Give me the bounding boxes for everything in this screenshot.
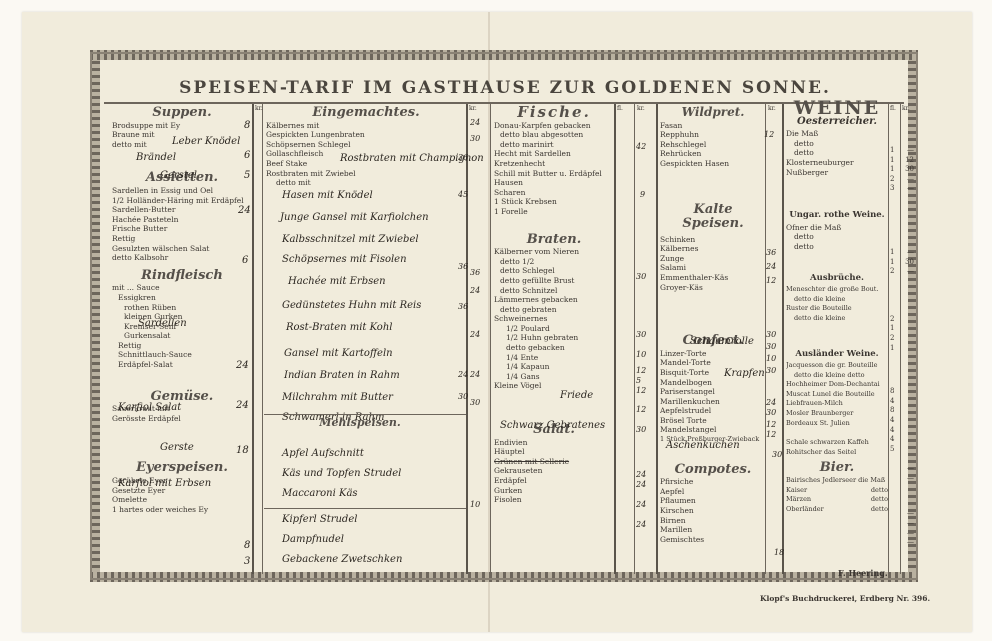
- column-eingemachtes: Eingemachtes. Kälbernes mit Gespickten L…: [266, 106, 466, 188]
- beer-item: Märzendetto: [786, 495, 888, 505]
- price-fl: 4: [890, 397, 894, 407]
- price-fl: 1: [890, 248, 894, 258]
- price: 24: [636, 520, 646, 529]
- menu-item: detto gebacken: [494, 343, 614, 353]
- handwritten-entry: Käs und Topfen Strudel: [282, 468, 401, 479]
- price: 12: [766, 276, 776, 285]
- handwritten-entry: Krapfen: [724, 368, 765, 379]
- price: 18: [236, 445, 249, 456]
- price-fl: 2: [890, 334, 894, 344]
- price: 30: [458, 392, 468, 401]
- menu-item: detto Kalbsohr: [112, 253, 252, 263]
- menu-item: Kleine Vögel: [494, 381, 614, 391]
- price-fl: 2: [890, 267, 894, 277]
- menu-item: Schweinernes: [494, 314, 614, 324]
- ausbrueche-heading: Ausbrüche.: [786, 274, 888, 284]
- beer-name: Kaiser: [786, 486, 807, 496]
- price: 24: [238, 205, 251, 216]
- wine-item: Ofner die Maß: [786, 223, 888, 233]
- auslaender-heading: Ausländer Weine.: [786, 350, 888, 360]
- price-fl: 1: [890, 344, 894, 354]
- menu-item: Sardellen-Butter: [112, 205, 252, 215]
- menu-item: Hachée Pasteteln: [112, 215, 252, 225]
- price-fl: 3: [890, 184, 894, 194]
- menu-item: Hecht mit Sardellen: [494, 149, 614, 159]
- menu-item: 1 hartes oder weiches Ey: [112, 505, 252, 515]
- price: 45: [458, 190, 468, 199]
- price: 24: [636, 500, 646, 509]
- handwritten-entry: Junge Gansel mit Karfiolchen: [280, 212, 429, 223]
- menu-item: Gespickten Hasen: [660, 159, 766, 169]
- handwritten-entry: Friede: [560, 390, 593, 401]
- menu-item: Pfirsiche: [660, 477, 766, 487]
- page-title: SPEISEN-TARIF IM GASTHAUSE ZUR GOLDENEN …: [130, 78, 880, 98]
- menu-item: Emmenthaler-Käs: [660, 273, 766, 283]
- menu-item: Salami: [660, 263, 766, 273]
- handwritten-entry: Apfel Aufschnitt: [282, 448, 364, 459]
- kr-label: kr.: [637, 105, 645, 112]
- wine-item: detto die kleine detto: [786, 371, 888, 381]
- price: 30: [772, 450, 782, 459]
- price-kr: —: [907, 146, 914, 156]
- handwritten-entry: Maccaroni Käs: [282, 488, 358, 499]
- price: 9: [640, 190, 645, 199]
- price: 36: [458, 153, 468, 162]
- wine-item: Muscat Lunel die Bouteille: [786, 390, 888, 400]
- price-fl: 8: [890, 387, 894, 397]
- menu-item: Fisolen: [494, 495, 614, 505]
- handwritten-entry: Rost-Braten mit Kohl: [286, 322, 392, 333]
- menu-item: Sardellen in Essig und Oel: [112, 186, 252, 196]
- beer-name: Märzen: [786, 495, 811, 505]
- wine-item: Klosterneuburger: [786, 158, 888, 168]
- handwritten-entry: Hasen mit Knödel: [282, 190, 373, 201]
- oesterreicher-heading: Oesterreicher.: [786, 117, 888, 127]
- price: 36: [766, 248, 776, 257]
- menu-item: Essigkren: [112, 293, 252, 303]
- braten-heading: Braten.: [494, 235, 614, 245]
- handwritten-entry: Aschenkuchen: [666, 440, 740, 451]
- menu-item: Erdäpfel: [494, 476, 614, 486]
- price: 30: [766, 342, 776, 351]
- beer-item: Bairisches Jedlerseer die Maß: [786, 476, 888, 486]
- menu-item: Gerösste Erdäpfel: [112, 414, 252, 424]
- price: 30: [636, 425, 646, 434]
- menu-item: Brösel Torte: [660, 416, 766, 426]
- menu-item: Omelette: [112, 495, 252, 505]
- price: 24: [766, 398, 776, 407]
- price: 24: [636, 470, 646, 479]
- menu-item: 1/2 Poulard: [494, 324, 614, 334]
- wine-item: Ruster die Bouteille: [786, 304, 888, 314]
- handwritten-entry: Gebackene Zwetschken: [282, 554, 402, 565]
- mehlspeisen-heading: Mehlspeisen.: [300, 416, 420, 429]
- price-kr: —: [907, 175, 914, 185]
- price: 24: [636, 480, 646, 489]
- menu-item: detto 1/2: [494, 257, 614, 267]
- title-rule: [104, 102, 904, 104]
- menu-item: Hausen: [494, 178, 614, 188]
- price-kr: —: [907, 538, 914, 548]
- menu-item: Groyer-Käs: [660, 283, 766, 293]
- kr-label: kr.: [469, 105, 477, 112]
- price-kr: —: [907, 509, 914, 519]
- menu-item: Gurken: [494, 486, 614, 496]
- column-divider: [262, 104, 263, 574]
- price: 3: [244, 556, 250, 567]
- menu-item: Schöpsernen Schlegel: [266, 140, 466, 150]
- column-divider: [782, 104, 784, 574]
- price: 6: [244, 150, 250, 161]
- menu-item: Schill mit Butter u. Erdäpfel: [494, 169, 614, 179]
- price: 10: [766, 354, 776, 363]
- handwritten-entry: Brändel: [136, 152, 176, 163]
- wine-item: Bordeaux St. Julien: [786, 419, 888, 429]
- menu-item: Rehschlegel: [660, 140, 766, 150]
- menu-item: Marillen: [660, 525, 766, 535]
- wine-item: Nußberger: [786, 168, 888, 178]
- menu-item: Fasan: [660, 121, 766, 131]
- menu-item: detto blau abgesotten: [494, 130, 614, 140]
- price-fl: 8: [890, 406, 894, 416]
- handwritten-entry: Gansel mit Kartoffeln: [284, 348, 393, 359]
- handwritten-entry: Gedünstetes Huhn mit Reis: [282, 300, 421, 311]
- price: 24: [236, 360, 249, 371]
- menu-item: Gemischtes: [660, 535, 766, 545]
- menu-item: Rettig: [112, 341, 252, 351]
- menu-item: Rostbraten mit Zwiebel: [266, 169, 466, 179]
- price: 30: [766, 366, 776, 375]
- wine-item: detto die kleine: [786, 314, 888, 324]
- price-fl: 1: [890, 165, 894, 175]
- beer-unit: detto: [871, 486, 888, 496]
- menu-item: Rehrücken: [660, 149, 766, 159]
- wine-item: Liebfrauen-Milch: [786, 399, 888, 409]
- price: 24: [766, 262, 776, 271]
- price: 36: [458, 302, 468, 311]
- column-wildpret-confect: Wildpret. Fasan Repphuhn Rehschlegel Reh…: [660, 106, 766, 544]
- price: 24: [236, 400, 249, 411]
- menu-item: detto Schlegel: [494, 266, 614, 276]
- price: 30: [636, 330, 646, 339]
- menu-item: Endivien: [494, 438, 614, 448]
- section-rule: [264, 414, 466, 415]
- price-kr: —: [907, 519, 914, 529]
- price-fl: 1: [890, 258, 894, 268]
- menu-item: Lämmernes gebacken: [494, 295, 614, 305]
- column-weine-bier: WEINE Oesterreicher. Die Maß detto detto…: [786, 104, 888, 514]
- menu-item: Zunge: [660, 254, 766, 264]
- menu-item: 1/4 Kapaun: [494, 362, 614, 372]
- price-kr: —: [907, 464, 914, 474]
- handwritten-entry: Gerstel: [160, 170, 197, 181]
- signature: F. Heering.: [838, 568, 888, 578]
- price-kr: —: [907, 248, 914, 258]
- beer-item: Kaiserdetto: [786, 486, 888, 496]
- menu-item: Frische Butter: [112, 224, 252, 234]
- handwritten-entry: Karfiol mit Erbsen: [118, 478, 211, 489]
- price: 12: [766, 420, 776, 429]
- bier-heading: Bier.: [786, 463, 888, 473]
- wine-item: detto die kleine: [786, 295, 888, 305]
- price-fl: 4: [890, 416, 894, 426]
- price: 5: [636, 376, 641, 385]
- column-divider: [888, 104, 889, 574]
- column-divider: [656, 104, 658, 574]
- handwritten-entry: Karfiol Salat: [118, 402, 181, 413]
- wine-price-column: 1— 112 130 2— 3— 1— 130 2— 2 1 2 1 8 4 8…: [890, 146, 914, 548]
- menu-item: Repphuhn: [660, 130, 766, 140]
- column-divider: [634, 104, 635, 574]
- price: 24: [470, 330, 480, 339]
- price: 8: [244, 540, 250, 551]
- price: 30: [470, 134, 480, 143]
- beer-unit: detto: [871, 505, 888, 515]
- wildpret-heading: Wildpret.: [660, 108, 766, 118]
- wine-item: Mosler Braunberger: [786, 409, 888, 419]
- handwritten-entry: Kipferl Strudel: [282, 514, 357, 525]
- menu-item: mit ... Sauce: [112, 283, 252, 293]
- menu-item: Marillenkuchen: [660, 397, 766, 407]
- wine-item: Jacquesson die gr. Bouteille: [786, 361, 888, 371]
- kr-label: kr.: [255, 105, 263, 112]
- menu-item: Gespickten Lungenbraten: [266, 130, 466, 140]
- coffee-item: Schale schwarzen Kaffeh: [786, 438, 888, 448]
- price: 24: [470, 370, 480, 379]
- wine-item: detto: [786, 148, 888, 158]
- weine-heading: WEINE: [786, 104, 888, 114]
- handwritten-entry: Hachée mit Erbsen: [288, 276, 386, 287]
- price: 36: [458, 262, 468, 271]
- price: 5: [244, 170, 250, 181]
- wine-item: Meneschter die große Bout.: [786, 285, 888, 295]
- price: 30: [470, 398, 480, 407]
- menu-item: Birnen: [660, 516, 766, 526]
- price-kr: —: [907, 184, 914, 194]
- price: 12: [764, 130, 774, 139]
- price: 12: [636, 405, 646, 414]
- menu-item: Brodsuppe mit Ey: [112, 121, 252, 131]
- menu-item: 1 Stück Krebsen: [494, 197, 614, 207]
- printer-imprint: Klopf's Buchdruckerei, Erdberg Nr. 396.: [760, 594, 930, 603]
- gemuese-heading: Gemüse.: [112, 392, 252, 402]
- price-kr: 12: [905, 156, 914, 166]
- menu-item: Gekrauseten: [494, 466, 614, 476]
- beer-item: Oberländerdetto: [786, 505, 888, 515]
- menu-item: 1/4 Gans: [494, 372, 614, 382]
- handwritten-entry: Gerste: [160, 442, 194, 453]
- eyerspeisen-heading: Eyerspeisen.: [112, 463, 252, 473]
- wine-item: detto: [786, 139, 888, 149]
- price-fl: 1: [890, 324, 894, 334]
- menu-item: Kälberner vom Nieren: [494, 247, 614, 257]
- price: 24: [458, 370, 468, 379]
- handwritten-entry: Schwarz Gebratenes: [500, 420, 605, 431]
- price-kr: 30: [905, 165, 914, 175]
- menu-item: Mandelstangel: [660, 425, 766, 435]
- price-fl: 4: [890, 435, 894, 445]
- price-fl: 4: [890, 426, 894, 436]
- price: 30: [636, 272, 646, 281]
- menu-item: detto Schnitzel: [494, 286, 614, 296]
- menu-item: Pflaumen: [660, 496, 766, 506]
- handwritten-entry: Dampfnudel: [282, 534, 344, 545]
- column-fische-braten-salat: Fische. Donau-Karpfen gebacken detto bla…: [494, 106, 614, 505]
- price: 42: [636, 142, 646, 151]
- menu-item: detto marinirt: [494, 140, 614, 150]
- column-divider: [614, 104, 616, 574]
- wine-item: Die Maß: [786, 129, 888, 139]
- suppen-heading: Suppen.: [112, 108, 252, 118]
- menu-item: Kälbernes: [660, 244, 766, 254]
- menu-item: Donau-Karpfen gebacken: [494, 121, 614, 131]
- menu-item: Häuptel: [494, 447, 614, 457]
- wine-item: detto: [786, 242, 888, 252]
- handwritten-entry: Sardellen: [138, 318, 187, 329]
- menu-item: Linzer-Torte: [660, 349, 766, 359]
- column-divider: [252, 104, 254, 574]
- beer-unit: detto: [871, 495, 888, 505]
- price: 12: [636, 386, 646, 395]
- column-divider: [466, 104, 468, 574]
- price-kr: —: [907, 474, 914, 484]
- kr-label: kr.: [902, 105, 910, 112]
- kr-label: kr.: [768, 105, 776, 112]
- price: 6: [242, 255, 248, 266]
- fl-label: fl.: [617, 105, 623, 112]
- kalte-speisen-heading: Kalte Speisen.: [678, 203, 748, 231]
- price-fl: 1: [890, 156, 894, 166]
- menu-item: Schinken: [660, 235, 766, 245]
- price: 12: [766, 430, 776, 439]
- price-fl: 1: [890, 146, 894, 156]
- menu-item: Kirschen: [660, 506, 766, 516]
- price-fl: 2: [890, 315, 894, 325]
- wine-item: detto: [786, 232, 888, 242]
- menu-item: 1/4 Ente: [494, 353, 614, 363]
- menu-item: Gesulzten wälschen Salat: [112, 244, 252, 254]
- menu-item: Erdäpfel-Salat: [112, 360, 252, 370]
- rindfleisch-heading: Rindfleisch: [112, 271, 252, 281]
- menu-item: 1 Forelle: [494, 207, 614, 217]
- menu-item: Rettig: [112, 234, 252, 244]
- coffee-item: Rohitscher das Seitel: [786, 448, 888, 458]
- menu-item: rothen Rüben: [112, 303, 252, 313]
- price: 10: [470, 500, 480, 509]
- handwritten-entry: Kalbsschnitzel mit Zwiebel: [282, 234, 419, 245]
- eingemachtes-heading: Eingemachtes.: [266, 108, 466, 118]
- menu-item: detto gebraten: [494, 305, 614, 315]
- section-rule: [264, 508, 466, 509]
- wine-item: Hochheimer Dom-Dechantai: [786, 380, 888, 390]
- handwritten-entry: Schaumrolle: [690, 336, 754, 347]
- menu-item: Mandel-Torte: [660, 358, 766, 368]
- menu-item: 1/2 Holländer-Häring mit Erdäpfel: [112, 196, 252, 206]
- price: 30: [766, 408, 776, 417]
- menu-item: Scharen: [494, 188, 614, 198]
- price: 10: [636, 350, 646, 359]
- menu-item: Kretzenhecht: [494, 159, 614, 169]
- menu-item: Gurkensalat: [112, 331, 252, 341]
- menu-item: Schnittlauch-Sauce: [112, 350, 252, 360]
- handwritten-entry: Schöpsernes mit Fisolen: [282, 254, 407, 265]
- price: 36: [470, 268, 480, 277]
- price-fl: 2: [890, 175, 894, 185]
- handwritten-entry: Indian Braten in Rahm: [284, 370, 400, 381]
- price: 18: [774, 548, 784, 557]
- beer-name: Oberländer: [786, 505, 824, 515]
- price: 30: [766, 330, 776, 339]
- menu-item: detto mit: [266, 178, 466, 188]
- price-kr: —: [907, 529, 914, 539]
- price: 24: [470, 118, 480, 127]
- price-fl: 5: [890, 445, 894, 455]
- fische-heading: Fische.: [494, 108, 614, 118]
- menu-item: Pariserstangel: [660, 387, 766, 397]
- menu-item: Grünen mit Sellerie: [494, 457, 614, 467]
- menu-item: Kälbernes mit: [266, 121, 466, 131]
- price: 24: [470, 286, 480, 295]
- ungar-heading: Ungar. rothe Weine.: [786, 211, 888, 221]
- menu-item: Aepfel: [660, 487, 766, 497]
- column-divider: [490, 104, 491, 574]
- price-kr: 30: [905, 258, 914, 268]
- menu-item: 1/2 Huhn gebraten: [494, 333, 614, 343]
- column-suppen-assietten: Suppen. Brodsuppe mit Ey Braune mit dett…: [112, 106, 252, 514]
- handwritten-entry: Leber Knödel: [172, 136, 240, 147]
- handwritten-entry: Milchrahm mit Butter: [282, 392, 393, 403]
- menu-item: detto gefüllte Brust: [494, 276, 614, 286]
- price-kr: —: [907, 267, 914, 277]
- price: 8: [244, 120, 250, 131]
- compotes-heading: Compotes.: [660, 465, 766, 475]
- menu-item: Aepfelstrudel: [660, 406, 766, 416]
- price: 12: [636, 366, 646, 375]
- fl-label: fl.: [890, 105, 896, 112]
